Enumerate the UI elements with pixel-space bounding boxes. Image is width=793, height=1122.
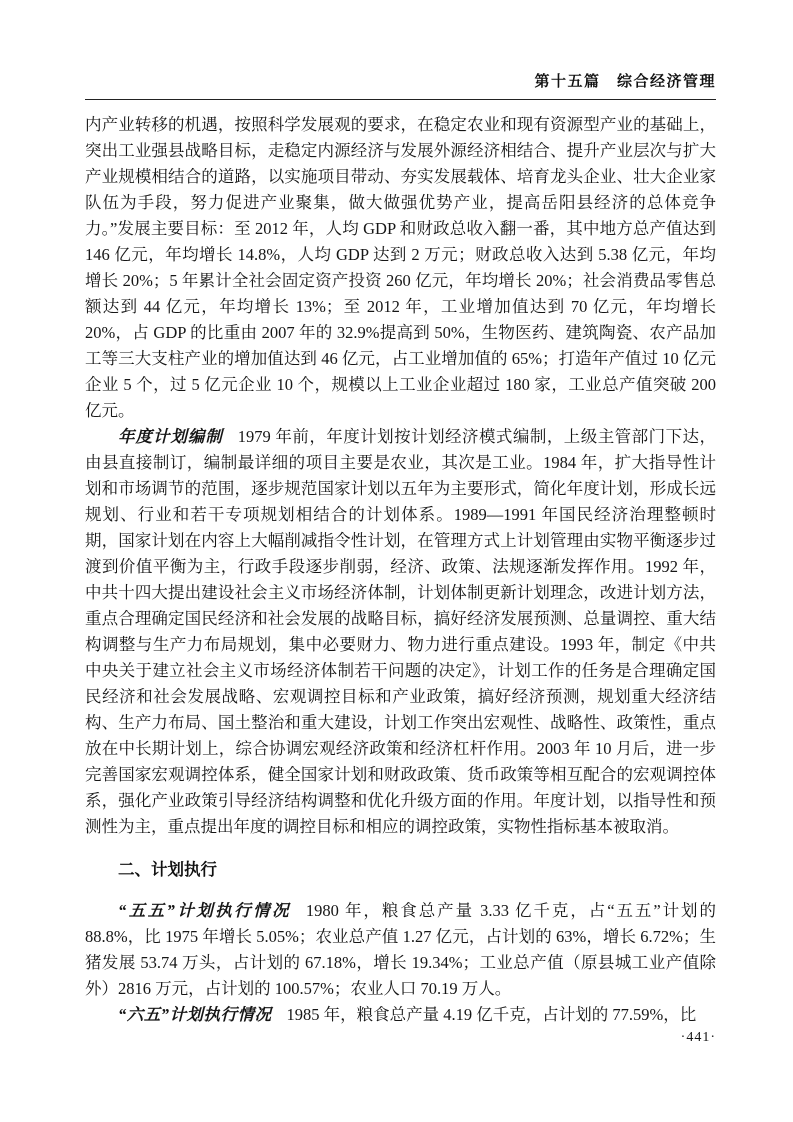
paragraph-sixth-plan: “六五”计划执行情况1985 年，粮食总产量 4.19 亿千克，占计划的 77.… — [85, 1002, 716, 1028]
paragraph-fifth-plan: “五五”计划执行情况1980 年，粮食总产量 3.33 亿千克，占“五五”计划的… — [85, 898, 716, 1002]
page-body: 内产业转移的机遇，按照科学发展观的要求，在稳定农业和现有资源型产业的基础上，突出… — [85, 112, 716, 1028]
document-page: 第十五篇 综合经济管理 内产业转移的机遇，按照科学发展观的要求，在稳定农业和现有… — [0, 0, 793, 1122]
header-rule — [85, 99, 716, 100]
paragraph-text: 1979 年前，年度计划按计划经济模式编制，上级主管部门下达，由县直接制订，编制… — [85, 427, 716, 836]
run-in-heading: 年度计划编制 — [118, 427, 223, 446]
running-header: 第十五篇 综合经济管理 — [85, 70, 716, 91]
paragraph-continued: 内产业转移的机遇，按照科学发展观的要求，在稳定农业和现有资源型产业的基础上，突出… — [85, 112, 716, 424]
page-number: ·441· — [85, 1030, 716, 1046]
paragraph-text: 1985 年，粮食总产量 4.19 亿千克，占计划的 77.59%，比 — [287, 1005, 697, 1024]
run-in-heading: “五五”计划执行情况 — [118, 901, 291, 920]
paragraph-annual-planning: 年度计划编制1979 年前，年度计划按计划经济模式编制，上级主管部门下达，由县直… — [85, 424, 716, 840]
section-heading: 二、计划执行 — [85, 857, 716, 883]
run-in-heading: “六五”计划执行情况 — [118, 1005, 272, 1024]
